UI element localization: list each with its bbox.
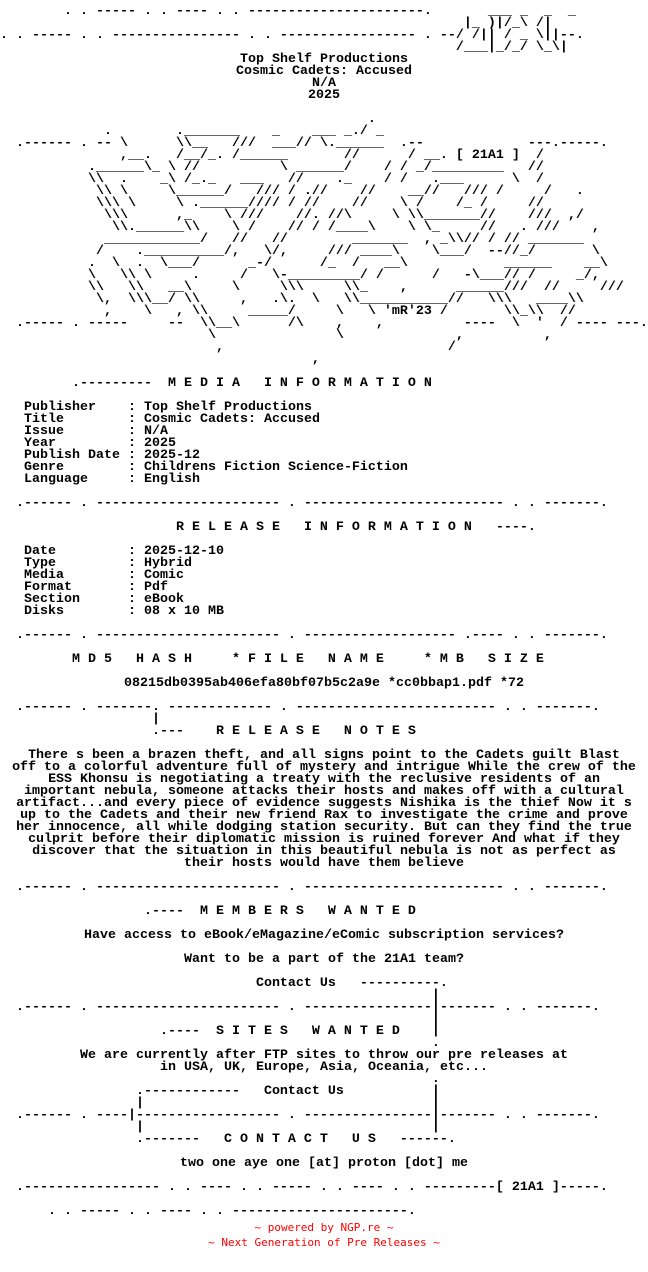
contact-us-heading: .------- C O N T A C T U S ------. bbox=[0, 1134, 648, 1146]
header-year: 2025 bbox=[0, 90, 648, 102]
logo-art-line: , bbox=[0, 354, 648, 366]
release-information-heading: R E L E A S E I N F O R M A T I O N ----… bbox=[0, 522, 648, 534]
powered-by-text: ~ powered by NGP.re ~ bbox=[0, 1220, 648, 1235]
media-field-language: Language : English bbox=[0, 474, 648, 486]
footer-tagline: ~ Next Generation of Pre Releases ~ bbox=[0, 1235, 648, 1250]
closing-divider: . . ----- . . ---- . . -----------------… bbox=[0, 1206, 648, 1218]
hash-table-row: 08215db0395ab406efa80bf07b5c2a9e *cc0bba… bbox=[0, 678, 648, 690]
contact-email: two one aye one [at] proton [dot] me bbox=[0, 1158, 648, 1170]
footer: ~ powered by NGP.re ~ ~ Next Generation … bbox=[0, 1220, 648, 1250]
hash-table-heading: M D 5 H A S H * F I L E N A M E * M B S … bbox=[0, 654, 648, 666]
mb-size: 72 bbox=[508, 676, 524, 691]
members-wanted-text: Have access to eBook/eMagazine/eComic su… bbox=[0, 930, 648, 942]
md5-hash: 08215db0395ab406efa80bf07b5c2a9e bbox=[124, 676, 380, 691]
members-wanted-heading: .---- M E M B E R S W A N T E D bbox=[0, 906, 648, 918]
release-notes-line: their hosts would have them believe bbox=[0, 858, 648, 870]
section-divider: .------ . ----------------------- . ----… bbox=[0, 882, 648, 894]
release-notes-heading: .--- R E L E A S E N O T E S bbox=[0, 726, 648, 738]
final-divider: .----------------- . . ---- . . ----- . … bbox=[0, 1182, 648, 1194]
nfo-document: . . ----- . . ---- . . -----------------… bbox=[0, 6, 648, 1218]
section-divider: .------ . ----------------------- . ----… bbox=[0, 630, 648, 642]
members-wanted-text: Want to be a part of the 21A1 team? bbox=[0, 954, 648, 966]
release-field-disks: Disks : 08 x 10 MB bbox=[0, 606, 648, 618]
section-divider: .------ . ----------------------- . ----… bbox=[0, 498, 648, 510]
file-name: cc0bbap1.pdf bbox=[396, 676, 492, 691]
media-information-heading: .--------- M E D I A I N F O R M A T I O… bbox=[0, 378, 648, 390]
